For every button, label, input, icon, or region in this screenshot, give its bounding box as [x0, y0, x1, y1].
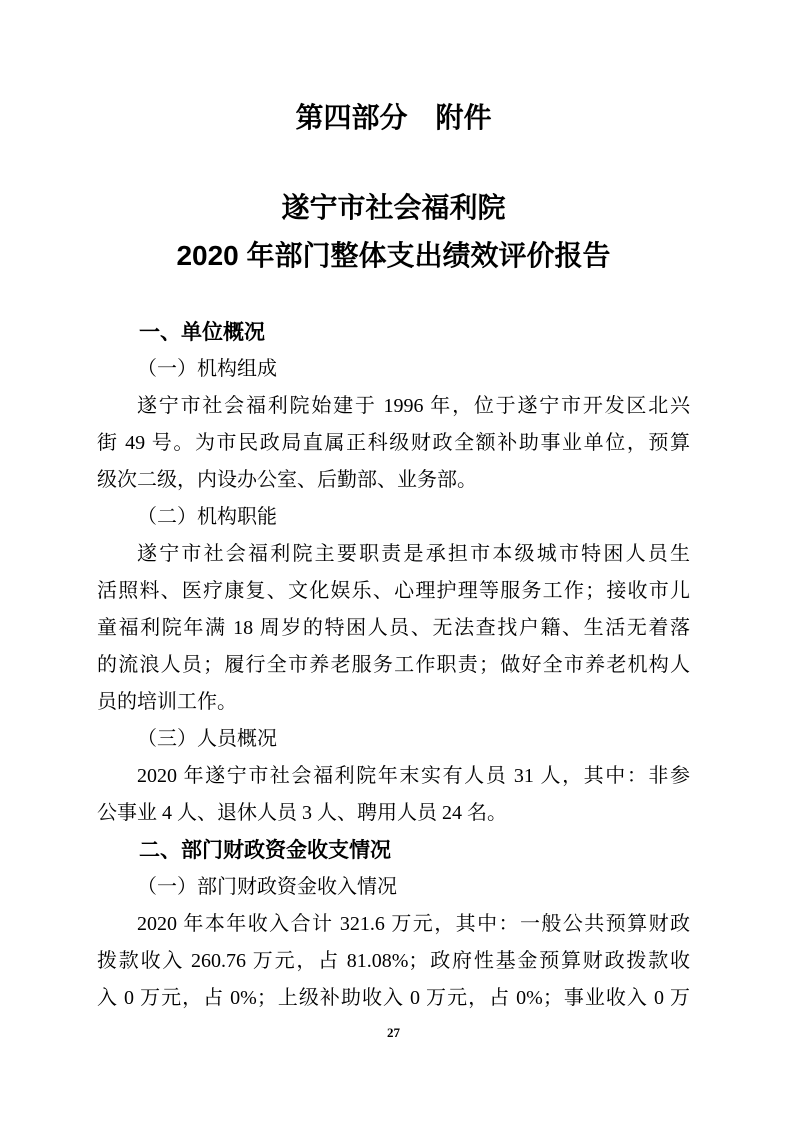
section-heading-unit-overview: 一、单位概况	[97, 314, 690, 351]
body-line: 童福利院年满 18 周岁的特困人员、无法查找户籍、生活无着落	[97, 610, 690, 647]
doc-title-line-2: 2020 年部门整体支出绩效评价报告	[97, 232, 690, 280]
body-line: 级次二级，内设办公室、后勤部、业务部。	[97, 462, 690, 499]
part-title: 第四部分 附件	[97, 98, 690, 138]
sub-heading-org-composition: （一）机构组成	[97, 351, 690, 388]
sub-heading-org-functions: （二）机构职能	[97, 499, 690, 536]
body-line: 2020 年遂宁市社会福利院年末实有人员 31 人，其中：非参	[97, 758, 690, 795]
doc-title-line-1: 遂宁市社会福利院	[97, 184, 690, 232]
doc-title: 遂宁市社会福利院 2020 年部门整体支出绩效评价报告	[97, 184, 690, 280]
document-body: 一、单位概况 （一）机构组成 遂宁市社会福利院始建于 1996 年，位于遂宁市开…	[97, 314, 690, 1017]
page-number: 27	[97, 1025, 690, 1040]
body-line: 活照料、医疗康复、文化娱乐、心理护理等服务工作；接收市儿	[97, 573, 690, 610]
sub-heading-income: （一）部门财政资金收入情况	[97, 869, 690, 906]
body-line: 员的培训工作。	[97, 684, 690, 721]
body-line: 入 0 万元，占 0%；上级补助收入 0 万元，占 0%；事业收入 0 万	[97, 980, 690, 1017]
section-heading-finance: 二、部门财政资金收支情况	[97, 832, 690, 869]
body-line: 遂宁市社会福利院始建于 1996 年，位于遂宁市开发区北兴	[97, 388, 690, 425]
body-line: 的流浪人员；履行全市养老服务工作职责；做好全市养老机构人	[97, 647, 690, 684]
body-line: 遂宁市社会福利院主要职责是承担市本级城市特困人员生	[97, 536, 690, 573]
sub-heading-staff-overview: （三）人员概况	[97, 721, 690, 758]
body-line: 街 49 号。为市民政局直属正科级财政全额补助事业单位，预算	[97, 425, 690, 462]
document-page: 第四部分 附件 遂宁市社会福利院 2020 年部门整体支出绩效评价报告 一、单位…	[0, 0, 793, 1122]
body-line: 公事业 4 人、退休人员 3 人、聘用人员 24 名。	[97, 795, 690, 832]
body-line: 拨款收入 260.76 万元，占 81.08%；政府性基金预算财政拨款收	[97, 943, 690, 980]
body-line: 2020 年本年收入合计 321.6 万元，其中：一般公共预算财政	[97, 906, 690, 943]
